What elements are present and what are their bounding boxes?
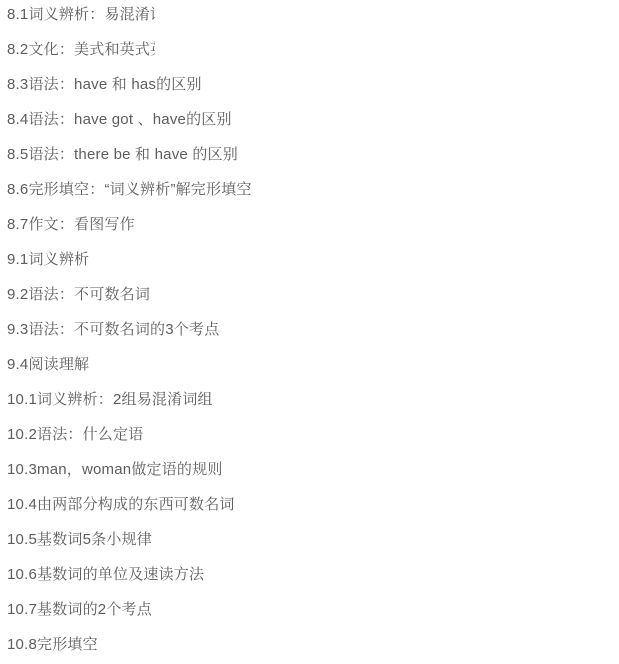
lesson-item: 10.4由两部分构成的东西可数名词 xyxy=(7,487,619,522)
lesson-item-label: 9.1词义辨析 xyxy=(7,251,89,268)
lesson-toc-page: 8.1词义辨析：易混淆词组 8.2文化：美式和英式英语 8.3语法：have 和… xyxy=(0,0,619,661)
lesson-item: 10.6基数词的单位及速读方法 xyxy=(7,557,619,592)
lesson-item: 9.2语法：不可数名词 xyxy=(7,277,619,312)
lesson-item: 10.2语法：什么定语 xyxy=(7,417,619,452)
lesson-item-label: 9.4阅读理解 xyxy=(7,356,89,373)
lesson-item: 8.3语法：have 和 has的区别 xyxy=(7,67,619,102)
lesson-item-label: 8.6完形填空：“词义辨析”解完形填空 xyxy=(7,181,252,198)
lesson-item: 10.3man，woman做定语的规则 xyxy=(7,452,619,487)
lesson-item: 8.7作文：看图写作 xyxy=(7,207,619,242)
lesson-item: 8.5语法：there be 和 have 的区别 xyxy=(7,137,619,172)
lesson-item-label: 10.1词义辨析：2组易混淆词组 xyxy=(7,391,213,408)
white-overlay-box xyxy=(155,0,464,59)
lesson-item-label: 10.6基数词的单位及速读方法 xyxy=(7,566,204,583)
lesson-item-label: 10.7基数词的2个考点 xyxy=(7,601,152,618)
lesson-item-label: 9.2语法：不可数名词 xyxy=(7,286,150,303)
lesson-item: 9.1词义辨析 xyxy=(7,242,619,277)
lesson-item-label: 10.3man，woman做定语的规则 xyxy=(7,461,223,478)
lesson-item-label: 8.3语法：have 和 has的区别 xyxy=(7,76,202,93)
lesson-item: 10.5基数词5条小规律 xyxy=(7,522,619,557)
lesson-item-label: 8.4语法：have got 、have的区别 xyxy=(7,111,232,128)
lesson-item-label: 8.5语法：there be 和 have 的区别 xyxy=(7,146,238,163)
lesson-item-label: 10.5基数词5条小规律 xyxy=(7,531,152,548)
lesson-item-label: 10.8完形填空 xyxy=(7,636,98,653)
lesson-list: 8.1词义辨析：易混淆词组 8.2文化：美式和英式英语 8.3语法：have 和… xyxy=(0,0,619,662)
lesson-item: 9.3语法：不可数名词的3个考点 xyxy=(7,312,619,347)
lesson-item: 10.8完形填空 xyxy=(7,627,619,662)
lesson-item: 8.4语法：have got 、have的区别 xyxy=(7,102,619,137)
lesson-item: 9.4阅读理解 xyxy=(7,347,619,382)
lesson-item-label: 9.3语法：不可数名词的3个考点 xyxy=(7,321,219,338)
lesson-item: 10.1词义辨析：2组易混淆词组 xyxy=(7,382,619,417)
lesson-item-label: 10.4由两部分构成的东西可数名词 xyxy=(7,496,235,513)
lesson-item: 10.7基数词的2个考点 xyxy=(7,592,619,627)
lesson-item-label: 10.2语法：什么定语 xyxy=(7,426,143,443)
lesson-item: 8.6完形填空：“词义辨析”解完形填空 xyxy=(7,172,619,207)
lesson-item-label: 8.7作文：看图写作 xyxy=(7,216,135,233)
